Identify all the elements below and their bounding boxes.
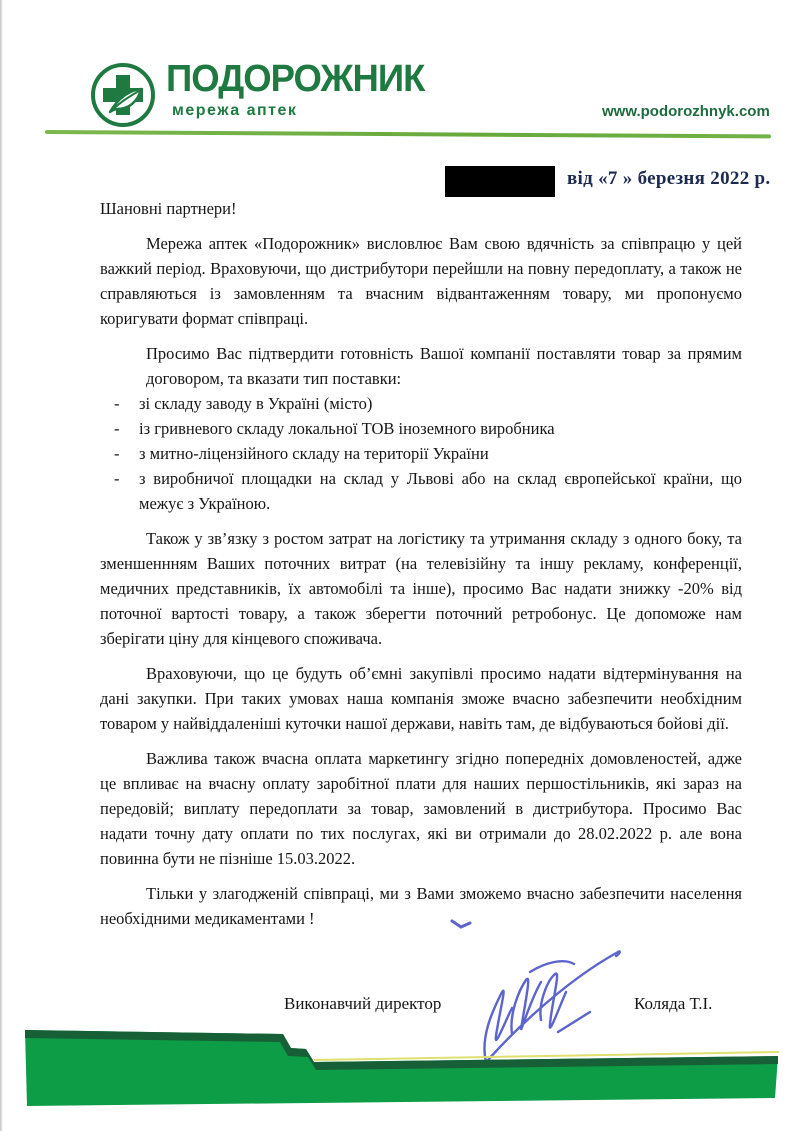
pharmacy-logo-icon [88,60,158,130]
paragraph-5: Важлива також вчасна оплата маркетингу з… [100,746,742,871]
brand-tagline: мережа аптек [172,102,297,120]
paragraph-2: Просимо Вас підтвердити готовність Вашої… [146,341,742,391]
header-divider [45,130,771,138]
letter-body: Шановні партнери! Мережа аптек «Подорожн… [0,186,800,931]
signer-name: Коляда Т.І. [634,994,712,1014]
paragraph-6: Тільки у злагодженій співпраці, ми з Вам… [100,881,742,931]
list-dash: - [100,416,139,441]
list-item: - з митно-ліцензійного складу на територ… [100,441,742,466]
letter-page: ПОДОРОЖНИК мережа аптек www.podorozhnyk.… [0,0,800,1131]
paragraph-4: Враховуючи, що це будуть об’ємні закупів… [100,661,742,736]
paragraph-3: Також у зв’язку з ростом затрат на логіс… [100,526,742,651]
list-dash: - [100,441,139,466]
website-url: www.podorozhnyk.com [602,103,770,120]
brand-name: ПОДОРОЖНИК [166,58,424,101]
list-item: - зі складу заводу в Україні (місто) [100,391,742,416]
paragraph-1: Мережа аптек «Подорожник» висловлює Вам … [100,231,742,331]
supply-options-list: - зі складу заводу в Україні (місто) - і… [100,391,742,516]
list-item: - з виробничої площадки на склад у Львов… [100,466,742,516]
footer-green-ribbon [0,1015,800,1131]
greeting: Шановні партнери! [100,196,742,221]
list-item: - із гривневого складу локальної ТОВ іно… [100,416,742,441]
list-dash: - [100,466,139,516]
list-dash: - [100,391,139,416]
signer-role: Виконавчий директор [284,994,441,1014]
